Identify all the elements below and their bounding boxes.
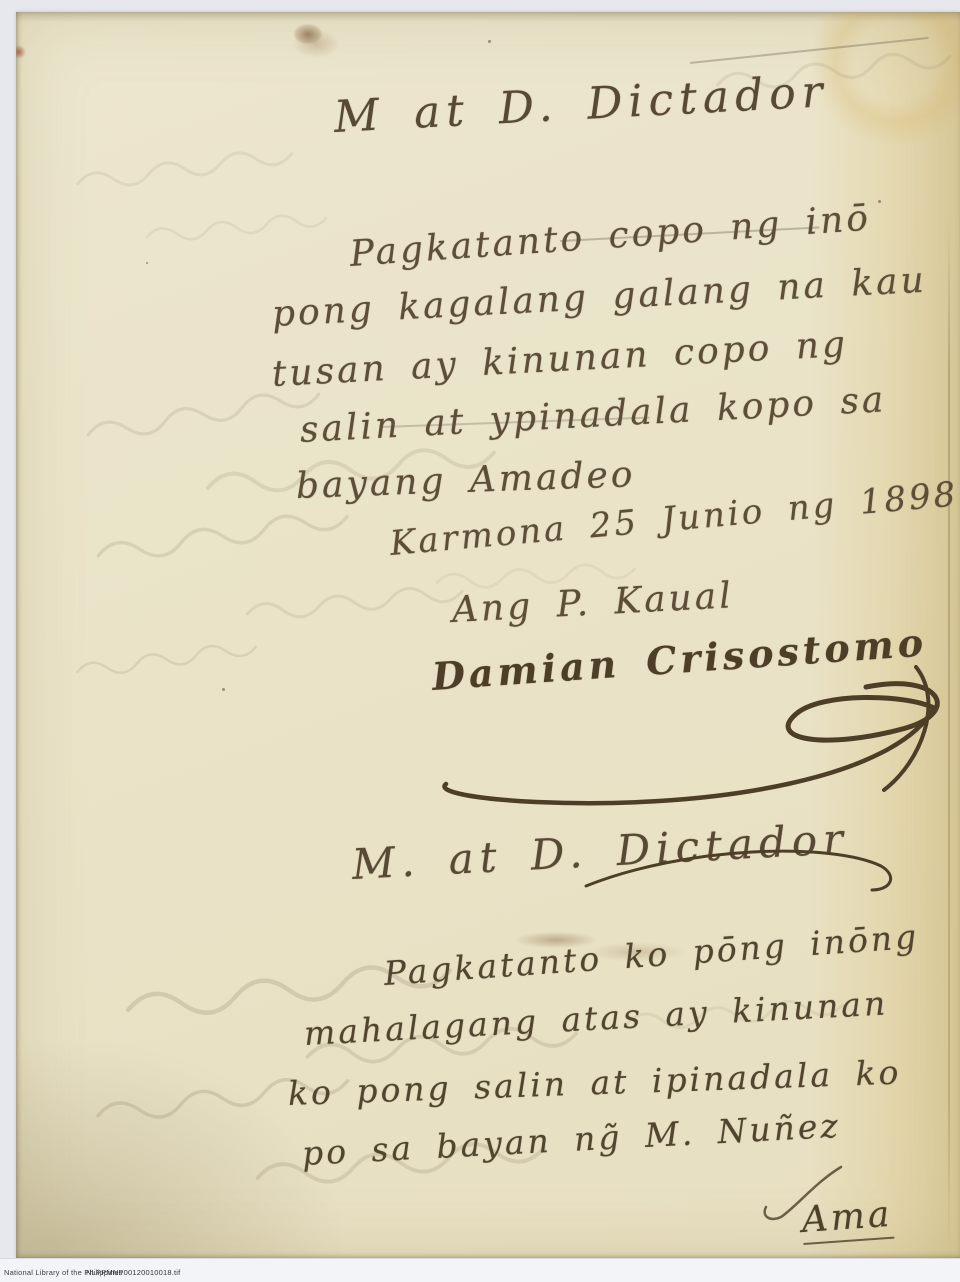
handwritten-line: ko pong salin at ipinadala ko [287, 1053, 902, 1113]
sender-role-line: Ang P. Kaual [451, 575, 735, 631]
ink-speck [146, 262, 148, 264]
handwritten-line: mahalagang atas ay kinunan [303, 983, 889, 1053]
filename-watermark: NLPPMNP00120010018.tif [86, 1268, 180, 1277]
scanner-strip: National Library of the Philippines NLPP… [0, 1258, 960, 1282]
catchword-flourish [746, 1162, 866, 1222]
heading-flourish [576, 838, 896, 908]
letter1-heading: M at D. Dictador [333, 66, 830, 143]
pencil-stroke [690, 37, 929, 64]
handwritten-line: tusan ay kinunan copo ng [271, 324, 849, 395]
handwritten-line: salin at ypinadala kopo sa [299, 379, 887, 451]
handwritten-line: Pagkatanto copo ng inō [349, 198, 873, 275]
signature-flourish [416, 642, 956, 822]
ink-speck [222, 688, 225, 691]
handwritten-line: Pagkatanto ko pōng inōng [383, 917, 921, 993]
handwritten-line: bayang Amadeo [295, 454, 636, 507]
ink-speck [878, 200, 881, 203]
letter-page: M at D. Dictador Pagkatanto copo ng inō … [16, 12, 960, 1258]
scanned-document: M at D. Dictador Pagkatanto copo ng inō … [0, 0, 960, 1282]
ink-speck [488, 40, 491, 43]
